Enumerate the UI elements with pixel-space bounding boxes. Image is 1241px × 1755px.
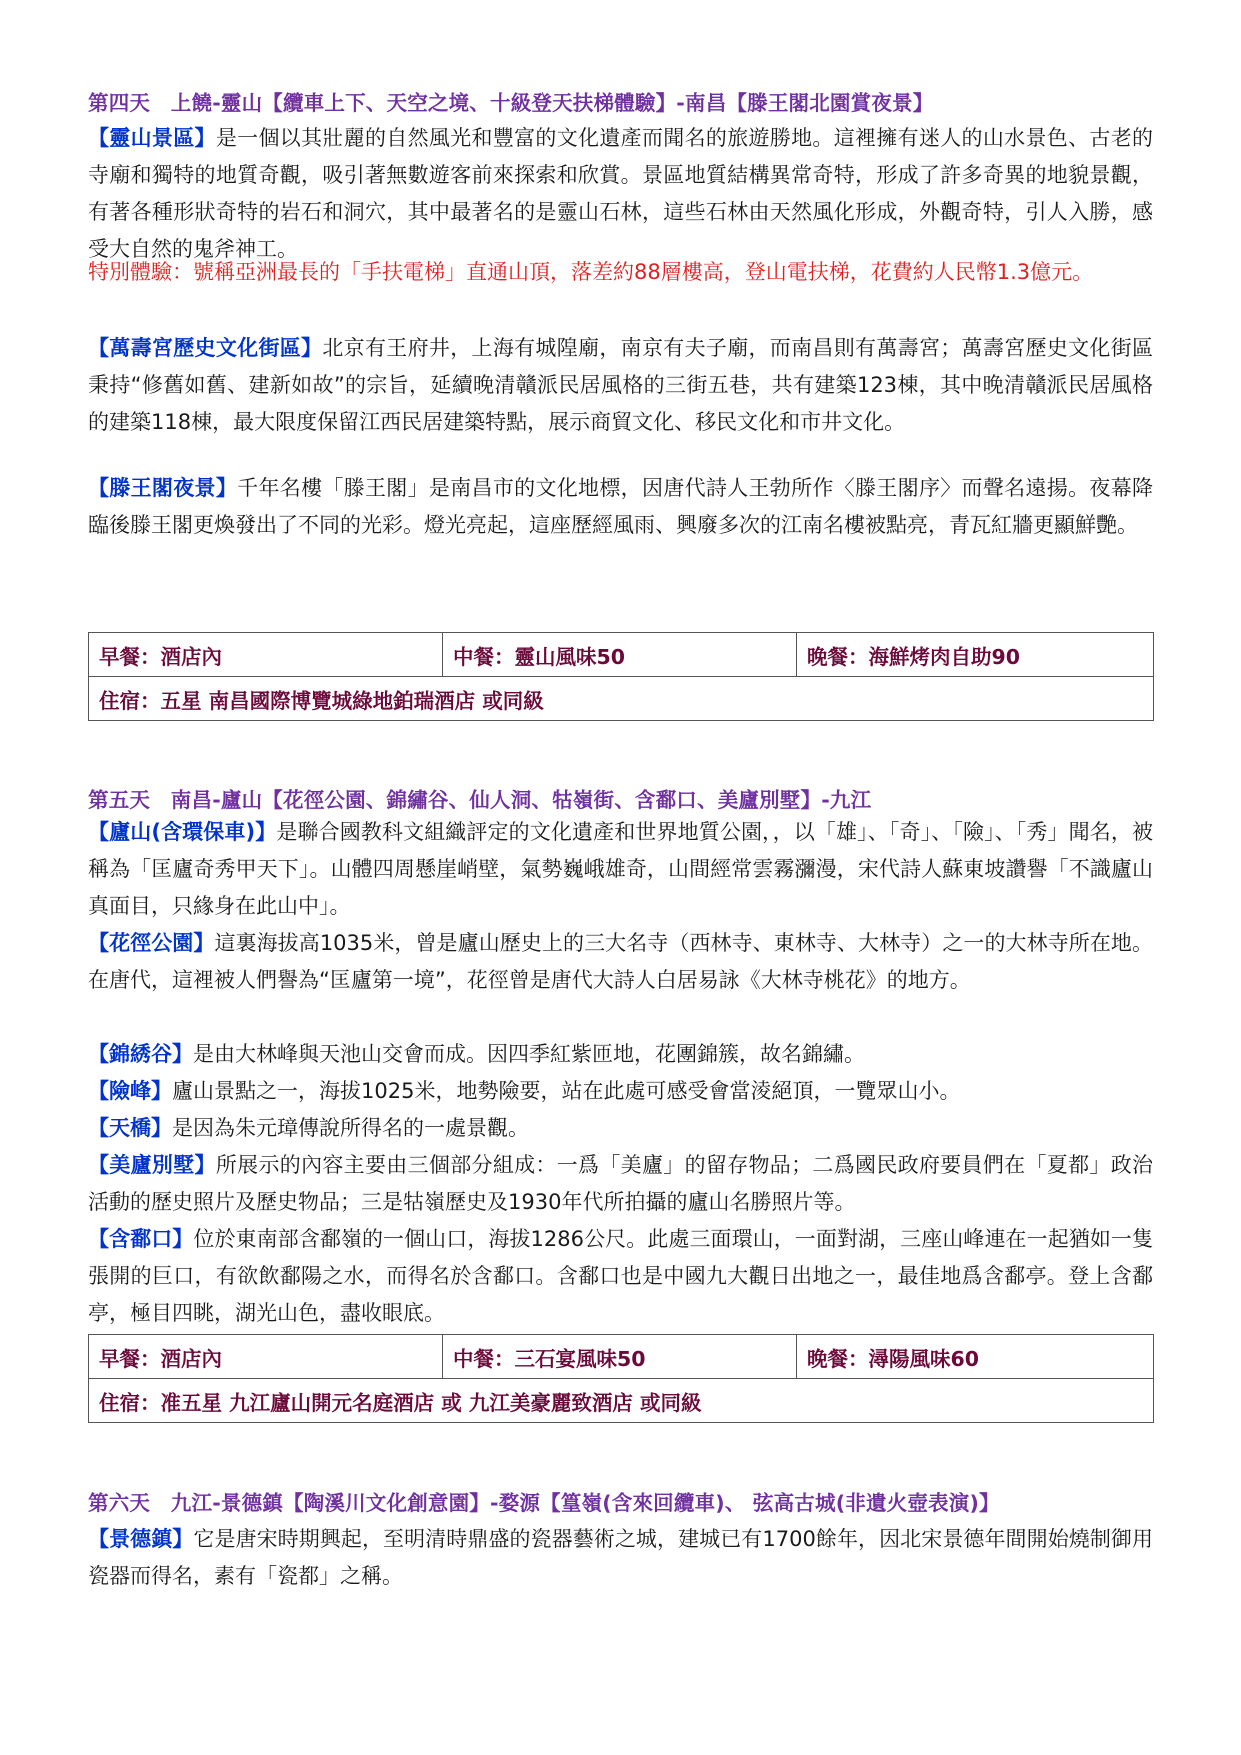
day4-lingshan-tag: 【靈山景區】 xyxy=(88,126,216,150)
day5-meilu-text: 所展示的內容主要由三個部分組成：一爲「美廬」的留存物品；二爲國民政府要員們在「夏… xyxy=(88,1153,1153,1214)
day5-jinxiugu-tag: 【錦綉谷】 xyxy=(88,1042,193,1066)
day5-huajing-tag: 【花徑公園】 xyxy=(88,931,214,955)
day4-special-experience: 特別體驗：號稱亞洲最長的「手扶電梯」直通山頂，落差約88層樓高，登山電扶梯，花費… xyxy=(88,254,1153,291)
day5-huajing-paragraph: 【花徑公園】這裏海拔高1035米，曾是廬山歷史上的三大名寺（西林寺、東林寺、大林… xyxy=(88,925,1153,999)
day4-lunch: 中餐：靈山風味50 xyxy=(443,633,797,677)
day6-jingdezhen-text: 它是唐宋時期興起，至明清時鼎盛的瓷器藝術之城，建城已有1700餘年，因北宋景德年… xyxy=(88,1527,1153,1588)
day5-tianqiao-paragraph: 【天橋】是因為朱元璋傳說所得名的一處景觀。 xyxy=(88,1110,1153,1147)
day4-lingshan-text: 是一個以其壯麗的自然風光和豐富的文化遺產而聞名的旅遊勝地。這裡擁有迷人的山水景色… xyxy=(88,126,1153,261)
day5-hotel: 住宿：准五星 九江廬山開元名庭酒店 或 九江美豪麗致酒店 或同級 xyxy=(89,1379,1154,1423)
day4-tengwangge-tag: 【滕王閣夜景】 xyxy=(88,476,237,500)
day5-meals-table: 早餐：酒店內 中餐：三石宴風味50 晚餐：潯陽風味60 住宿：准五星 九江廬山開… xyxy=(88,1334,1154,1423)
day4-title: 第四天 上饒-靈山【纜車上下、天空之境、十級登天扶梯體驗】-南昌【滕王閣北園賞夜… xyxy=(88,86,933,116)
day5-hanpokou-tag: 【含鄱口】 xyxy=(88,1227,193,1251)
day5-lushan-paragraph: 【廬山(含環保車)】是聯合國教科文組織評定的文化遺產和世界地質公園，，以「雄」、… xyxy=(88,814,1153,925)
day5-huajing-text: 這裏海拔高1035米，曾是廬山歷史上的三大名寺（西林寺、東林寺、大林寺）之一的大… xyxy=(88,931,1153,992)
day5-xianfeng-paragraph: 【險峰】廬山景點之一，海拔1025米，地勢險要，站在此處可感受會當淩絕頂，一覽眾… xyxy=(88,1073,1153,1110)
day4-meals-table: 早餐：酒店內 中餐：靈山風味50 晚餐：海鮮烤肉自助90 住宿：五星 南昌國際博… xyxy=(88,632,1154,721)
day5-jinxiugu-paragraph: 【錦綉谷】是由大林峰與天池山交會而成。因四季紅紫匝地，花團錦簇，故名錦繡。 xyxy=(88,1036,1153,1073)
day5-xianfeng-text: 廬山景點之一，海拔1025米，地勢險要，站在此處可感受會當淩絕頂，一覽眾山小。 xyxy=(172,1079,960,1103)
day5-meilu-paragraph: 【美廬別墅】所展示的內容主要由三個部分組成：一爲「美廬」的留存物品；二爲國民政府… xyxy=(88,1147,1153,1221)
day6-jingdezhen-paragraph: 【景德鎮】它是唐宋時期興起，至明清時鼎盛的瓷器藝術之城，建城已有1700餘年，因… xyxy=(88,1521,1153,1595)
day6-title: 第六天 九江-景德鎮【陶溪川文化創意園】-婺源【篁嶺(含來回纜車)、 弦高古城(… xyxy=(88,1486,1000,1516)
day4-wanshougong-paragraph: 【萬壽宮歷史文化街區】北京有王府井，上海有城隍廟，南京有夫子廟，而南昌則有萬壽宮… xyxy=(88,330,1153,441)
day5-dinner: 晚餐：潯陽風味60 xyxy=(797,1335,1154,1379)
day4-tengwangge-paragraph: 【滕王閣夜景】千年名樓「滕王閣」是南昌市的文化地標，因唐代詩人王勃所作〈滕王閣序… xyxy=(88,470,1153,544)
day5-tianqiao-text: 是因為朱元璋傳說所得名的一處景觀。 xyxy=(172,1116,529,1140)
day5-title: 第五天 南昌-廬山【花徑公園、錦繡谷、仙人洞、牯嶺街、含鄱口、美廬別墅】-九江 xyxy=(88,783,871,813)
day4-tengwangge-text: 千年名樓「滕王閣」是南昌市的文化地標，因唐代詩人王勃所作〈滕王閣序〉而聲名遠揚。… xyxy=(88,476,1153,537)
day5-breakfast: 早餐：酒店內 xyxy=(89,1335,443,1379)
day5-xianfeng-tag: 【險峰】 xyxy=(88,1079,172,1103)
day5-hanpokou-paragraph: 【含鄱口】位於東南部含鄱嶺的一個山口，海拔1286公尺。此處三面環山，一面對湖，… xyxy=(88,1221,1153,1332)
day5-lunch: 中餐：三石宴風味50 xyxy=(443,1335,797,1379)
day4-dinner: 晚餐：海鮮烤肉自助90 xyxy=(797,633,1154,677)
day4-wanshougong-tag: 【萬壽宮歷史文化街區】 xyxy=(88,336,322,360)
day4-lingshan-paragraph: 【靈山景區】是一個以其壯麗的自然風光和豐富的文化遺產而聞名的旅遊勝地。這裡擁有迷… xyxy=(88,120,1153,268)
day5-lushan-tag: 【廬山(含環保車)】 xyxy=(88,820,276,844)
day4-breakfast: 早餐：酒店內 xyxy=(89,633,443,677)
day5-meilu-tag: 【美廬別墅】 xyxy=(88,1153,216,1177)
day5-tianqiao-tag: 【天橋】 xyxy=(88,1116,172,1140)
day5-hanpokou-text: 位於東南部含鄱嶺的一個山口，海拔1286公尺。此處三面環山，一面對湖，三座山峰連… xyxy=(88,1227,1153,1325)
day5-jinxiugu-text: 是由大林峰與天池山交會而成。因四季紅紫匝地，花團錦簇，故名錦繡。 xyxy=(193,1042,865,1066)
day4-hotel: 住宿：五星 南昌國際博覽城綠地鉑瑞酒店 或同級 xyxy=(89,677,1154,721)
day6-jingdezhen-tag: 【景德鎮】 xyxy=(88,1527,193,1551)
